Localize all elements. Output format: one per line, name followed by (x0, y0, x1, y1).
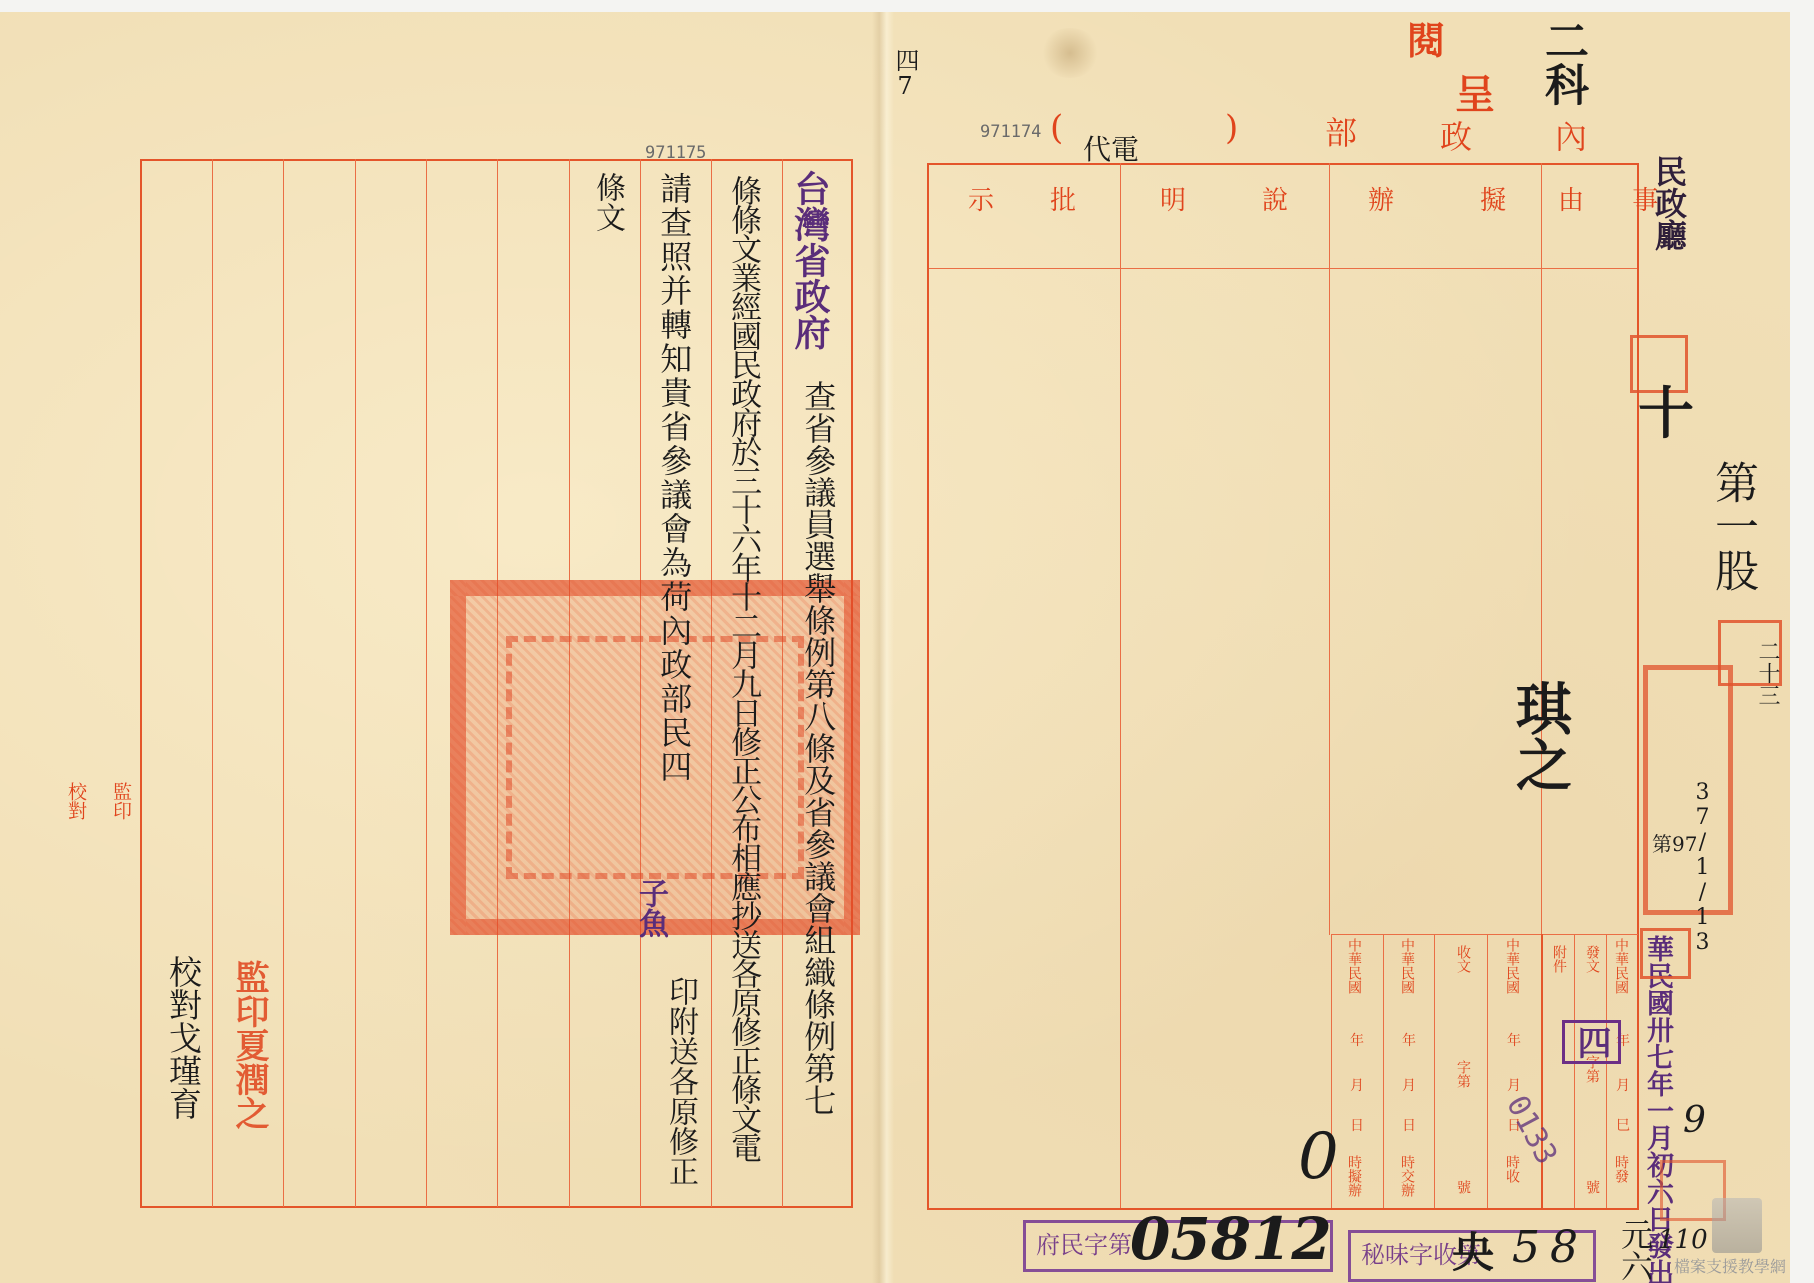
recipient-handwritten: 民政廳 (1646, 155, 1692, 251)
handwritten-nine: 9 (1683, 1100, 1706, 1141)
watermark-text: 檔案支援教學網 (1674, 1254, 1786, 1277)
handwritten-zero: 0 (1298, 1120, 1339, 1194)
ministry-char-1: 內 (1555, 112, 1587, 158)
receipt-number: 第97 (1652, 828, 1697, 857)
body-column-2: 條條文業經國民政府於三十六年十二月九日修正公布相應抄送各原修正條文電 (726, 175, 760, 1161)
small-seal-3 (1640, 928, 1691, 979)
right-serial-number: 971174 (980, 122, 1041, 142)
receipt-number-2-handwritten: 58 (1512, 1222, 1588, 1273)
supervisor-seal: 監印夏潤之 (225, 960, 274, 1130)
handwritten-ten: 十 (1638, 370, 1694, 450)
proofreader-signature: 校對戈瑾育 (160, 955, 207, 1120)
title-bracket-left: ( (1050, 108, 1063, 148)
supervisor-label: 監印 (108, 782, 135, 820)
form-type-handwritten: 代電 (1083, 128, 1139, 168)
header-proposed-char1: 擬 (1480, 180, 1506, 217)
title-bracket-right: ) (1225, 108, 1238, 148)
section-note: 二科 (1530, 18, 1594, 106)
handwritten-yuan: 元六 (1612, 1218, 1658, 1282)
header-explanation-char2: 明 (1160, 180, 1186, 217)
archive-logo-icon (1712, 1198, 1762, 1253)
body-column-3: 請查照并轉知貴省參議會為荷內政部民四 (656, 172, 691, 784)
addressee-stamp: 台灣省政府 (785, 170, 836, 350)
issue-stamp-char: 四 (1562, 1020, 1621, 1064)
handwritten-numbers: 二十三 (1752, 640, 1783, 706)
proofread-label: 校對 (63, 782, 90, 820)
header-proposed-char2: 辦 (1368, 180, 1394, 217)
handwritten-110: 110 (1658, 1225, 1708, 1255)
approver-signature: 琪之 (1500, 680, 1580, 792)
body-column-4: 條文 (585, 172, 629, 232)
date-chop-stamp: 子魚 (628, 878, 672, 938)
header-instruction-char1: 批 (1050, 180, 1076, 217)
receipt-seal (1643, 665, 1733, 915)
body-column-1: 查省參議員選舉條例第八條及省參議會組織條例第七 (800, 380, 835, 1116)
receipt-number-handwritten: 05812 (1130, 1205, 1332, 1273)
page-mark: 四7 (888, 48, 923, 100)
header-instruction-char2: 示 (968, 180, 994, 217)
receipt-date: 37/1/13 (1690, 780, 1715, 955)
ministry-char-3: 部 (1325, 108, 1357, 154)
paper-stain (1040, 28, 1100, 78)
header-explanation-char1: 說 (1262, 180, 1288, 217)
receipt-char-handwritten: 央 (1452, 1220, 1494, 1280)
read-stamp: 閱 (1407, 10, 1445, 65)
submit-stamp: 呈 (1455, 63, 1495, 120)
paper-fold (872, 12, 894, 1283)
body-column-3b: 印附送各原修正 (664, 976, 697, 1186)
handwritten-section: 第一股 (1700, 460, 1764, 592)
